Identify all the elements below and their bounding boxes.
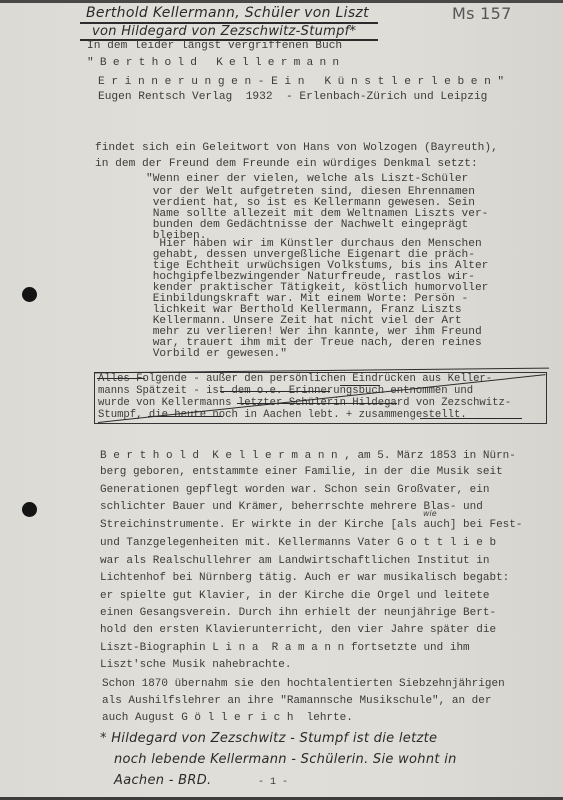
bio-p2-line-2: als Aushilfslehrer an ihre "Ramannsche M…	[102, 695, 491, 708]
footnote-line-3: Aachen - BRD.	[114, 773, 211, 788]
strike-letzter-schuelerin	[237, 403, 397, 404]
handwritten-insertion-wie: wie	[423, 509, 437, 518]
strike-zusammengestellt	[420, 418, 522, 419]
bio-line-11: hold den ersten Klavierunterricht, den v…	[100, 624, 496, 637]
book-intro: In dem leider längst vergriffenen Buch	[87, 40, 342, 53]
bio-p2-line-3: auch August G ö l l e r i c h lehrte.	[102, 712, 353, 725]
bio-line-3: Generationen gepflegt worden war. Schon …	[100, 484, 489, 497]
bio-line-13: Liszt'sche Musik nahebrachte.	[100, 659, 291, 672]
geleitwort-line-2: in dem der Freund dem Freunde ein würdig…	[95, 158, 478, 171]
strike-ist-dem	[220, 391, 330, 392]
book-title-line-1: "Berthold Kellermann	[87, 57, 345, 70]
bio-line-9: er spielte gut Klavier, in der Kirche di…	[100, 590, 489, 603]
book-publisher: Eugen Rentsch Verlag 1932 - Erlenbach-Zü…	[98, 91, 487, 104]
note-line-1: Alles Folgende - außer den persönlichen …	[98, 374, 492, 386]
archive-mark: Ms 157	[452, 4, 512, 23]
bio-line-8: Lichtenhof bei Nürnberg tätig. Auch er w…	[100, 572, 509, 585]
bio-p2-line-1: Schon 1870 übernahm sie den hochtalentie…	[102, 678, 505, 691]
strike-aus	[340, 385, 380, 386]
bio-line-2: berg geboren, entstammte einer Familie, …	[100, 466, 503, 479]
quote-p2-line-11: Vorbild er gewesen."	[146, 348, 287, 361]
title-line-1: Berthold Kellermann, Schüler von Liszt	[86, 5, 369, 21]
bio-line-10: einen Gesangsverein. Durch ihn erhielt d…	[100, 607, 496, 620]
book-title-line-2: Erinnerungen-Ein Künstlerleben"	[98, 76, 511, 89]
geleitwort-line-1: findet sich ein Geleitwort von Hans von …	[95, 142, 498, 155]
page-number: - 1 -	[258, 776, 288, 789]
bio-line-7: war als Realschullehrer am Landwirtschaf…	[100, 555, 489, 568]
strike-die-heute	[148, 416, 223, 417]
bio-line-5: Streichinstrumente. Er wirkte in der Kir…	[100, 519, 522, 532]
footnote-line-1: * Hildegard von Zezschwitz - Stumpf ist …	[100, 731, 437, 746]
bio-line-6: und Tanzgelegenheiten mit. Kellermanns V…	[100, 537, 496, 550]
punch-hole-upper	[22, 287, 37, 302]
bio-line-12: Liszt-Biographin L i n a R a m a n n for…	[100, 642, 470, 655]
strike-alles-folgende	[97, 378, 145, 379]
punch-hole-lower	[22, 502, 37, 517]
bio-line-1: B e r t h o l d K e l l e r m a n n , am…	[100, 448, 516, 465]
footnote-line-2: noch lebende Kellermann - Schülerin. Sie…	[114, 752, 457, 767]
title-line-2: von Hildegard von Zezschwitz-Stumpf*	[92, 24, 356, 39]
